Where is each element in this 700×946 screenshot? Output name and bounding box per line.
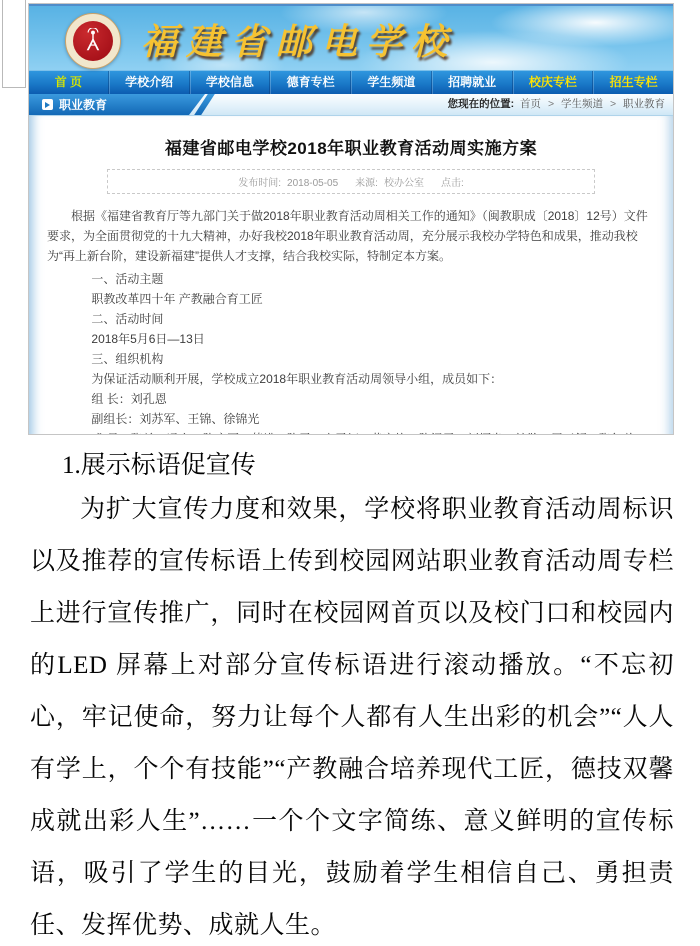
breadcrumb-prefix: 您现在的位置: — [448, 98, 515, 110]
site-title: 福建省邮电学校 — [141, 14, 456, 65]
breadcrumb-student-channel[interactable]: 学生频道 — [561, 98, 603, 110]
article-paragraph: 为保证活动顺利开展，学校成立2018年职业教育活动周领导小组，成员如下： — [47, 369, 655, 389]
article-paragraph: 2018年5月6日—13日 — [47, 329, 655, 349]
nav-item-home[interactable]: 首 页 — [29, 71, 109, 94]
article-title: 福建省邮电学校2018年职业教育活动周实施方案 — [47, 134, 655, 159]
nav-item-anniversary[interactable]: 校庆专栏 — [513, 71, 594, 94]
nav-item-admissions[interactable]: 招生专栏 — [593, 71, 673, 94]
article-paragraph: 职教改革四十年 产教融合育工匠 — [47, 289, 655, 309]
breadcrumb-home[interactable]: 首页 — [520, 98, 541, 110]
site-header: 福建省邮电学校 — [29, 4, 673, 70]
radio-tower-icon — [80, 28, 106, 54]
article-paragraph: 组 长：刘孔恩 — [47, 389, 655, 409]
breadcrumb-vocational-education[interactable]: 职业教育 — [623, 98, 665, 110]
nav-item-school-intro[interactable]: 学校介绍 — [109, 71, 190, 94]
article-paragraph: 成 员：张兰、冯力、陈庆厦、苏嵘、陈霖、李霖虹、黄家炼、陈泽勇、刘炳泉、林敬、周… — [47, 429, 655, 435]
main-nav: 首 页 学校介绍 学校信息 德育专栏 学生频道 招聘就业 校庆专栏 招生专栏 — [29, 70, 673, 94]
logo-emblem — [73, 21, 113, 61]
nav-item-student-channel[interactable]: 学生频道 — [351, 71, 432, 94]
cropped-table-cell-artifact — [2, 0, 26, 88]
breadcrumb: 您现在的位置: 首页 > 学生频道 > 职业教育 — [448, 94, 665, 115]
nav-item-school-info[interactable]: 学校信息 — [190, 71, 271, 94]
breadcrumb-separator: > — [610, 98, 616, 110]
article-content: 福建省邮电学校2018年职业教育活动周实施方案 发布时间:2018-05-05来… — [29, 116, 673, 435]
meta-source-value: 校办公室 — [384, 178, 424, 189]
meta-hits-label: 点击: — [441, 178, 464, 189]
meta-published-value: 2018-05-05 — [287, 178, 338, 189]
article-paragraph: 副组长：刘苏军、王锦、徐锦光 — [47, 409, 655, 429]
nav-item-recruitment[interactable]: 招聘就业 — [432, 71, 513, 94]
article-paragraph: 根据《福建省教育厅等九部门关于做2018年职业教育活动周相关工作的通知》（闽教职… — [47, 206, 655, 266]
nav-item-moral-education[interactable]: 德育专栏 — [270, 71, 351, 94]
meta-source-label: 来源: — [355, 178, 378, 189]
section-tab-vocational-education[interactable]: 职业教育 — [29, 94, 215, 115]
school-logo[interactable] — [65, 13, 121, 69]
sub-bar: 职业教育 您现在的位置: 首页 > 学生频道 > 职业教育 — [29, 94, 673, 116]
article-section-heading: 三、组织机构 — [47, 349, 655, 369]
section-label: 职业教育 — [59, 96, 107, 113]
article-section-heading: 二、活动时间 — [47, 309, 655, 329]
breadcrumb-separator: > — [548, 98, 554, 110]
section-arrow-icon — [42, 99, 53, 110]
page: 福建省邮电学校 首 页 学校介绍 学校信息 德育专栏 学生频道 招聘就业 校庆专… — [0, 0, 700, 946]
article-section-heading: 一、活动主题 — [47, 269, 655, 289]
document-heading: 1.展示标语促宣传 — [0, 445, 256, 481]
school-website-screenshot: 福建省邮电学校 首 页 学校介绍 学校信息 德育专栏 学生频道 招聘就业 校庆专… — [28, 3, 674, 435]
meta-published-label: 发布时间: — [238, 178, 281, 189]
article-meta: 发布时间:2018-05-05来源:校办公室点击: — [107, 169, 595, 194]
document-body: 为扩大宣传力度和效果，学校将职业教育活动周标识以及推荐的宣传标语上传到校园网站职… — [30, 484, 674, 946]
